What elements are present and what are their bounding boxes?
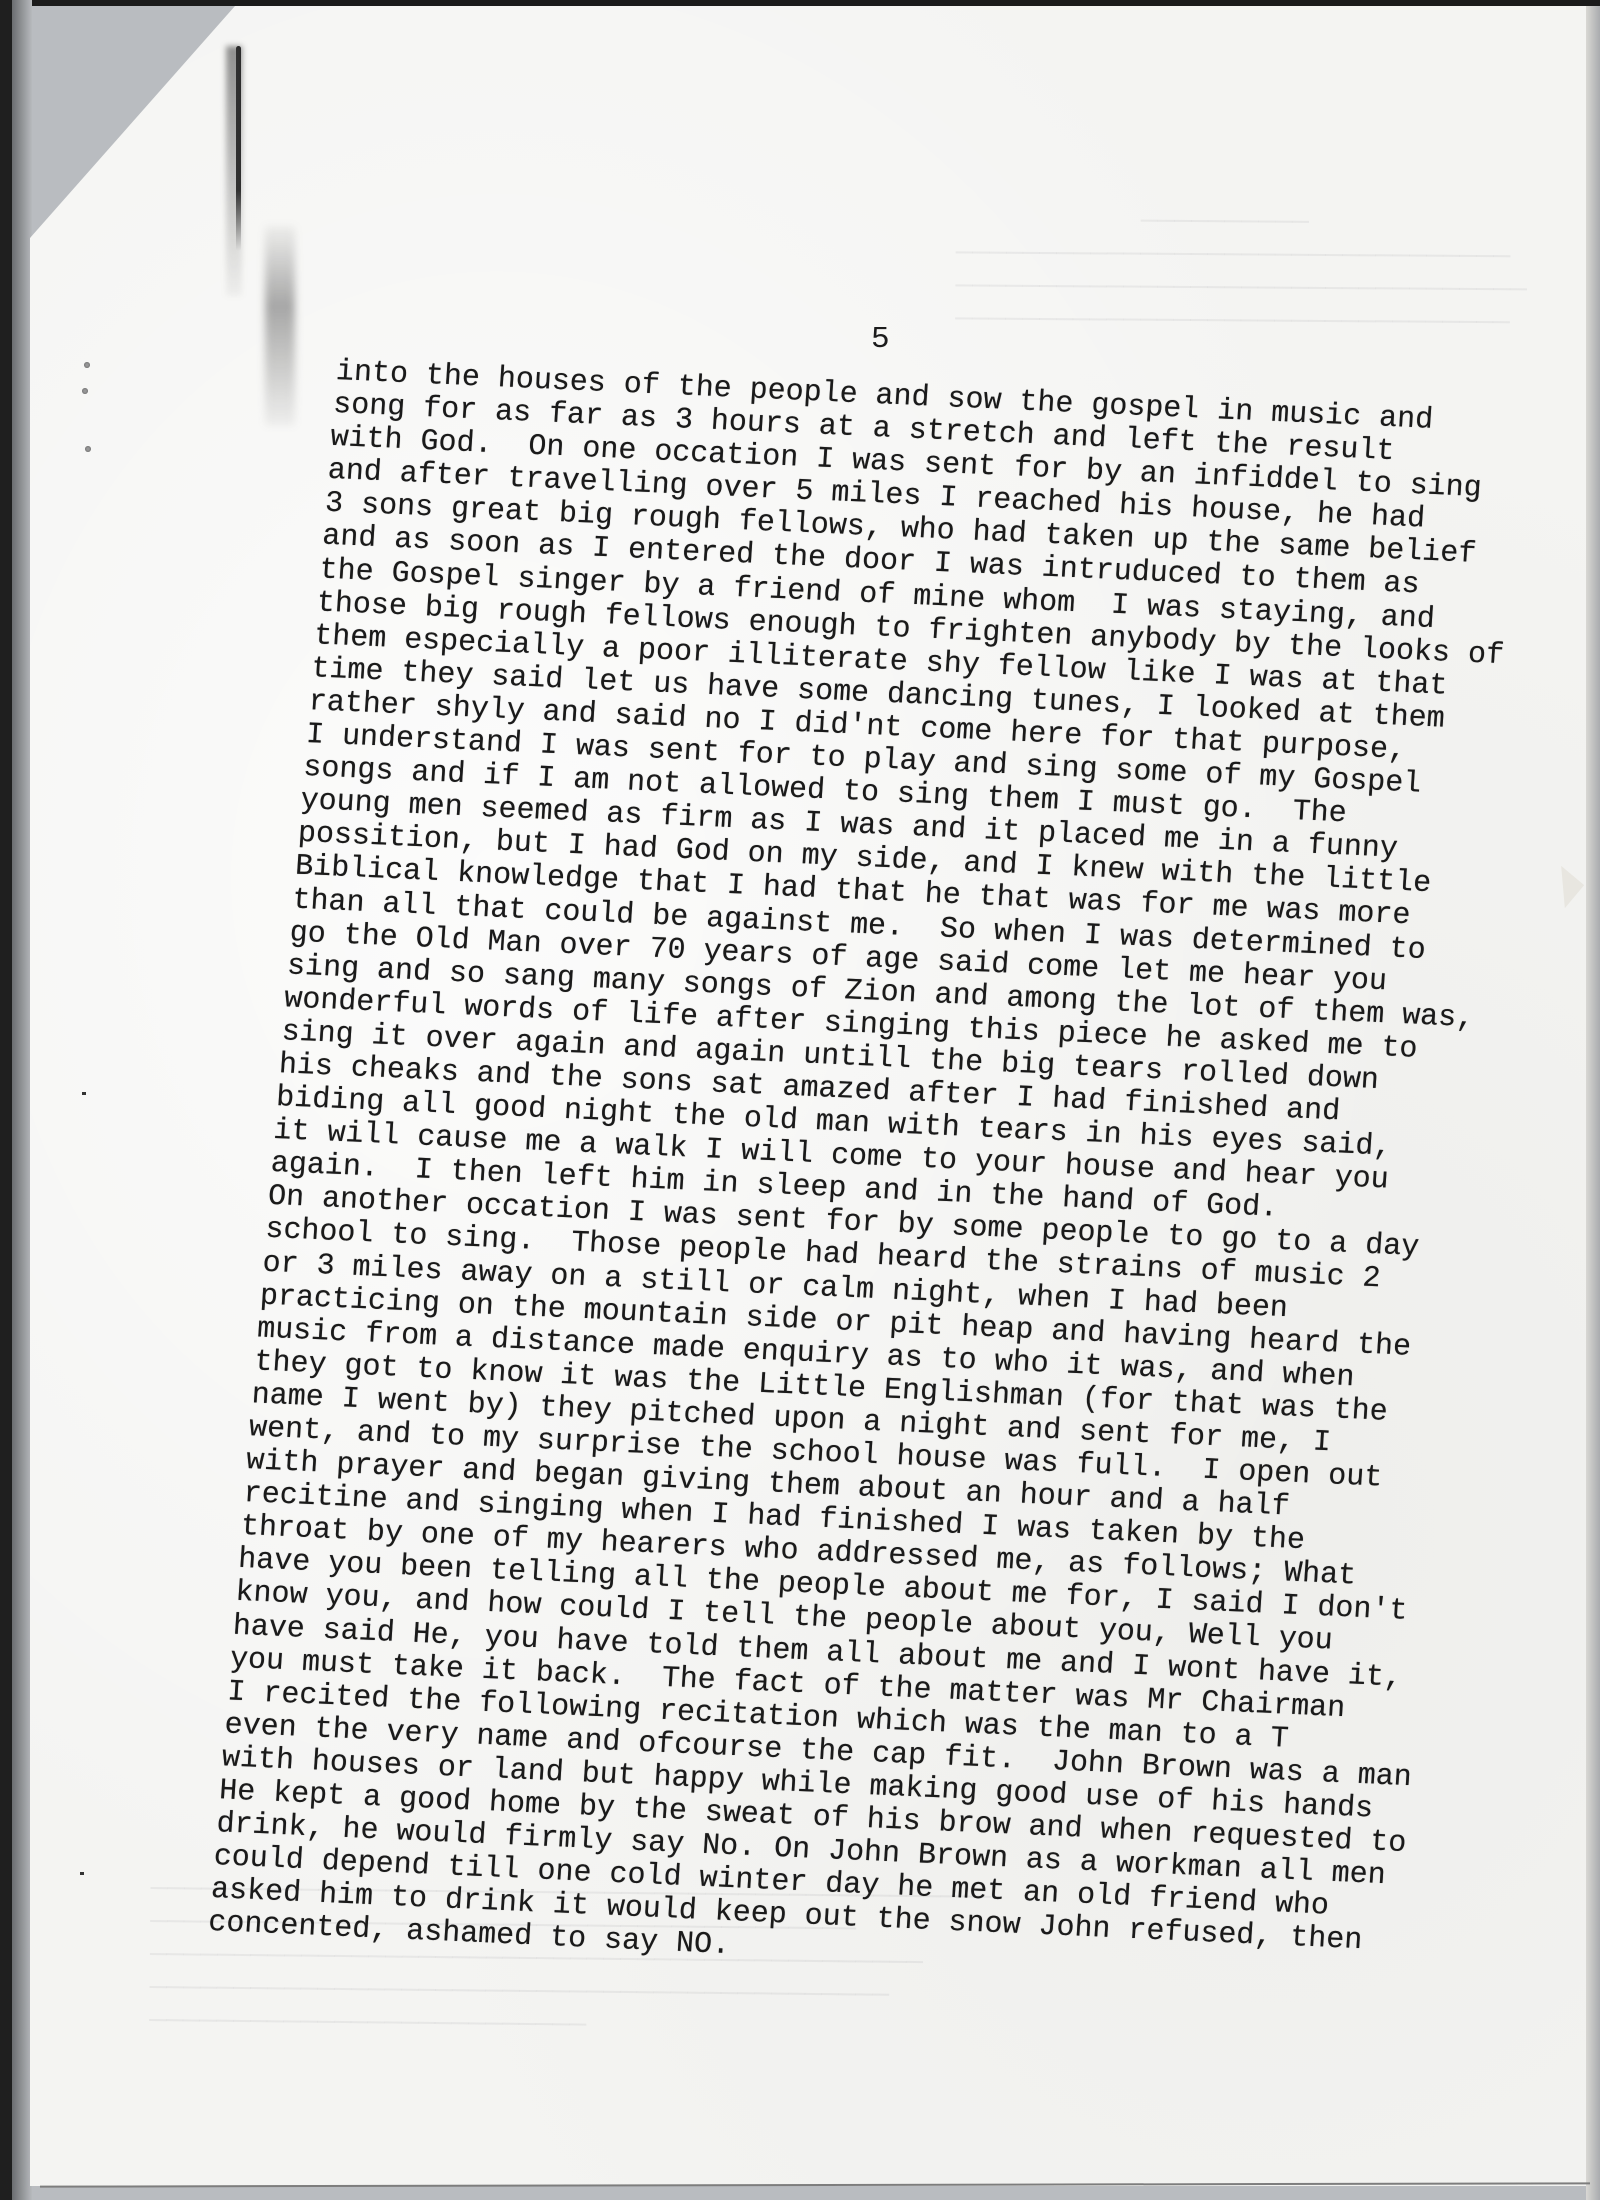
toner-smudge [226,46,242,296]
margin-mark [82,1092,86,1095]
margin-mark [80,1872,84,1875]
page-number: 5 [871,322,890,357]
scanner-top-border [0,0,1600,6]
typed-body-text: into the houses of the people and sow th… [233,356,1600,1999]
punch-hole-dot [85,446,91,452]
scanner-left-border [0,0,12,2200]
scanner-left-shadow [12,0,32,2200]
reverse-side-bleed-through: ────────── ─────────────────────────────… [670,203,1528,341]
toner-smudge [265,226,295,426]
punch-hole-dot [84,362,90,368]
scanned-page: ────────── ─────────────────────────────… [0,0,1600,2200]
punch-hole-dot [82,388,88,394]
